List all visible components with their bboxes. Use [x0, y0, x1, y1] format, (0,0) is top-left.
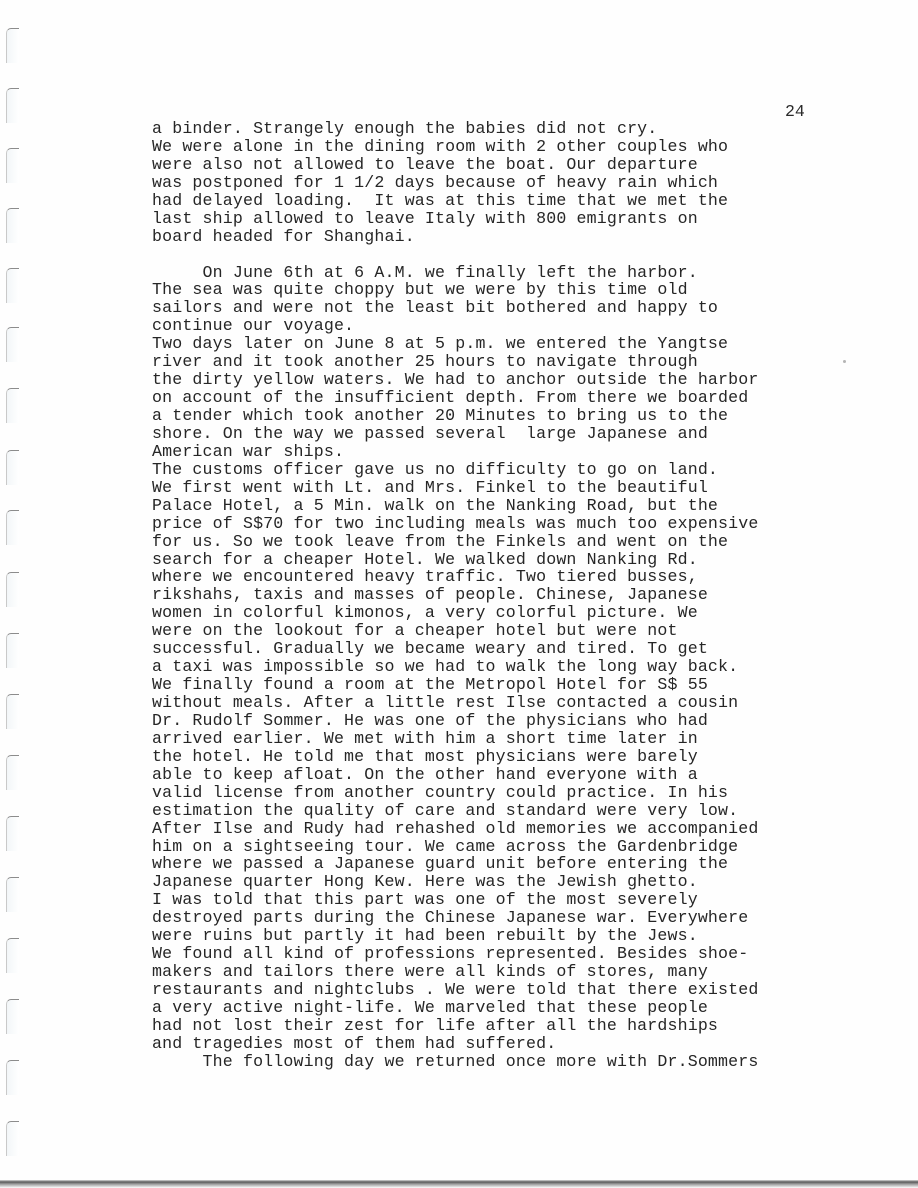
text-line: Japanese quarter Hong Kew. Here was the … — [152, 873, 832, 891]
text-line: price of S$70 for two including meals wa… — [152, 515, 832, 533]
text-line: sailors and were not the least bit bothe… — [152, 299, 832, 317]
text-line: The sea was quite choppy but we were by … — [152, 281, 832, 299]
text-line: We first went with Lt. and Mrs. Finkel t… — [152, 479, 832, 497]
text-line: where we passed a Japanese guard unit be… — [152, 855, 832, 873]
text-line: had not lost their zest for life after a… — [152, 1017, 832, 1035]
text-line: On June 6th at 6 A.M. we finally left th… — [152, 264, 832, 282]
scan-speck — [843, 360, 846, 363]
binding-hole-mark — [6, 1121, 19, 1156]
binding-hole-mark — [6, 268, 19, 303]
binding-hole-mark — [6, 694, 19, 729]
binding-hole-mark — [6, 28, 19, 63]
binding-hole-mark — [6, 510, 19, 545]
text-line: without meals. After a little rest Ilse … — [152, 694, 832, 712]
text-line: Two days later on June 8 at 5 p.m. we en… — [152, 335, 832, 353]
text-line: continue our voyage. — [152, 317, 832, 335]
text-line: Dr. Rudolf Sommer. He was one of the phy… — [152, 712, 832, 730]
text-line: We found all kind of professions represe… — [152, 945, 832, 963]
text-line: I was told that this part was one of the… — [152, 891, 832, 909]
binding-hole-mark — [6, 938, 19, 973]
binding-hole-mark — [6, 877, 19, 912]
text-line: restaurants and nightclubs . We were tol… — [152, 981, 832, 999]
binding-hole-mark — [6, 999, 19, 1034]
text-line: a tender which took another 20 Minutes t… — [152, 407, 832, 425]
text-line: the hotel. He told me that most physicia… — [152, 748, 832, 766]
text-line: women in colorful kimonos, a very colorf… — [152, 604, 832, 622]
text-line: river and it took another 25 hours to na… — [152, 353, 832, 371]
text-line: American war ships. — [152, 443, 832, 461]
text-line: After Ilse and Rudy had rehashed old mem… — [152, 820, 832, 838]
binding-hole-mark — [6, 327, 19, 362]
text-line: on account of the insufficient depth. Fr… — [152, 389, 832, 407]
text-line: successful. Gradually we became weary an… — [152, 640, 832, 658]
text-line: for us. So we took leave from the Finkel… — [152, 533, 832, 551]
text-line: was postponed for 1 1/2 days because of … — [152, 174, 832, 192]
text-line: arrived earlier. We met with him a short… — [152, 730, 832, 748]
text-line: valid license from another country could… — [152, 784, 832, 802]
paragraph: On June 6th at 6 A.M. we finally left th… — [152, 264, 832, 1071]
text-line: were ruins but partly it had been rebuil… — [152, 927, 832, 945]
text-line: and tragedies most of them had suffered. — [152, 1035, 832, 1053]
text-line: were on the lookout for a cheaper hotel … — [152, 622, 832, 640]
text-line: him on a sightseeing tour. We came acros… — [152, 838, 832, 856]
binding-hole-mark — [6, 755, 19, 790]
text-line: a very active night-life. We marveled th… — [152, 999, 832, 1017]
page-number: 24 — [785, 102, 805, 121]
text-line: were also not allowed to leave the boat.… — [152, 156, 832, 174]
binding-hole-mark — [6, 816, 19, 851]
paragraph-gap — [152, 246, 832, 264]
text-line: a taxi was impossible so we had to walk … — [152, 658, 832, 676]
page-bottom-edge — [0, 1180, 918, 1188]
binding-hole-mark — [6, 88, 19, 123]
binding-hole-mark — [6, 450, 19, 485]
binding-hole-mark — [6, 1060, 19, 1095]
text-line: makers and tailors there were all kinds … — [152, 963, 832, 981]
binding-hole-mark — [6, 148, 19, 183]
text-line: the dirty yellow waters. We had to ancho… — [152, 371, 832, 389]
text-line: destroyed parts during the Chinese Japan… — [152, 909, 832, 927]
binding-hole-mark — [6, 208, 19, 243]
text-line: Palace Hotel, a 5 Min. walk on the Nanki… — [152, 497, 832, 515]
text-line: able to keep afloat. On the other hand e… — [152, 766, 832, 784]
text-line: last ship allowed to leave Italy with 80… — [152, 210, 832, 228]
text-line: rikshahs, taxis and masses of people. Ch… — [152, 586, 832, 604]
binding-hole-mark — [6, 388, 19, 423]
text-line: We finally found a room at the Metropol … — [152, 676, 832, 694]
paragraph: a binder. Strangely enough the babies di… — [152, 120, 832, 246]
text-line: where we encountered heavy traffic. Two … — [152, 568, 832, 586]
text-line: The following day we returned once more … — [152, 1053, 832, 1071]
text-line: shore. On the way we passed several larg… — [152, 425, 832, 443]
binding-hole-mark — [6, 633, 19, 668]
text-line: estimation the quality of care and stand… — [152, 802, 832, 820]
text-line: board headed for Shanghai. — [152, 228, 832, 246]
text-line: a binder. Strangely enough the babies di… — [152, 120, 832, 138]
text-line: had delayed loading. It was at this time… — [152, 192, 832, 210]
binding-hole-mark — [6, 572, 19, 607]
body-text: a binder. Strangely enough the babies di… — [152, 120, 832, 1071]
text-line: The customs officer gave us no difficult… — [152, 461, 832, 479]
text-line: We were alone in the dining room with 2 … — [152, 138, 832, 156]
text-line: search for a cheaper Hotel. We walked do… — [152, 551, 832, 569]
document-page: 24 a binder. Strangely enough the babies… — [0, 0, 918, 1180]
